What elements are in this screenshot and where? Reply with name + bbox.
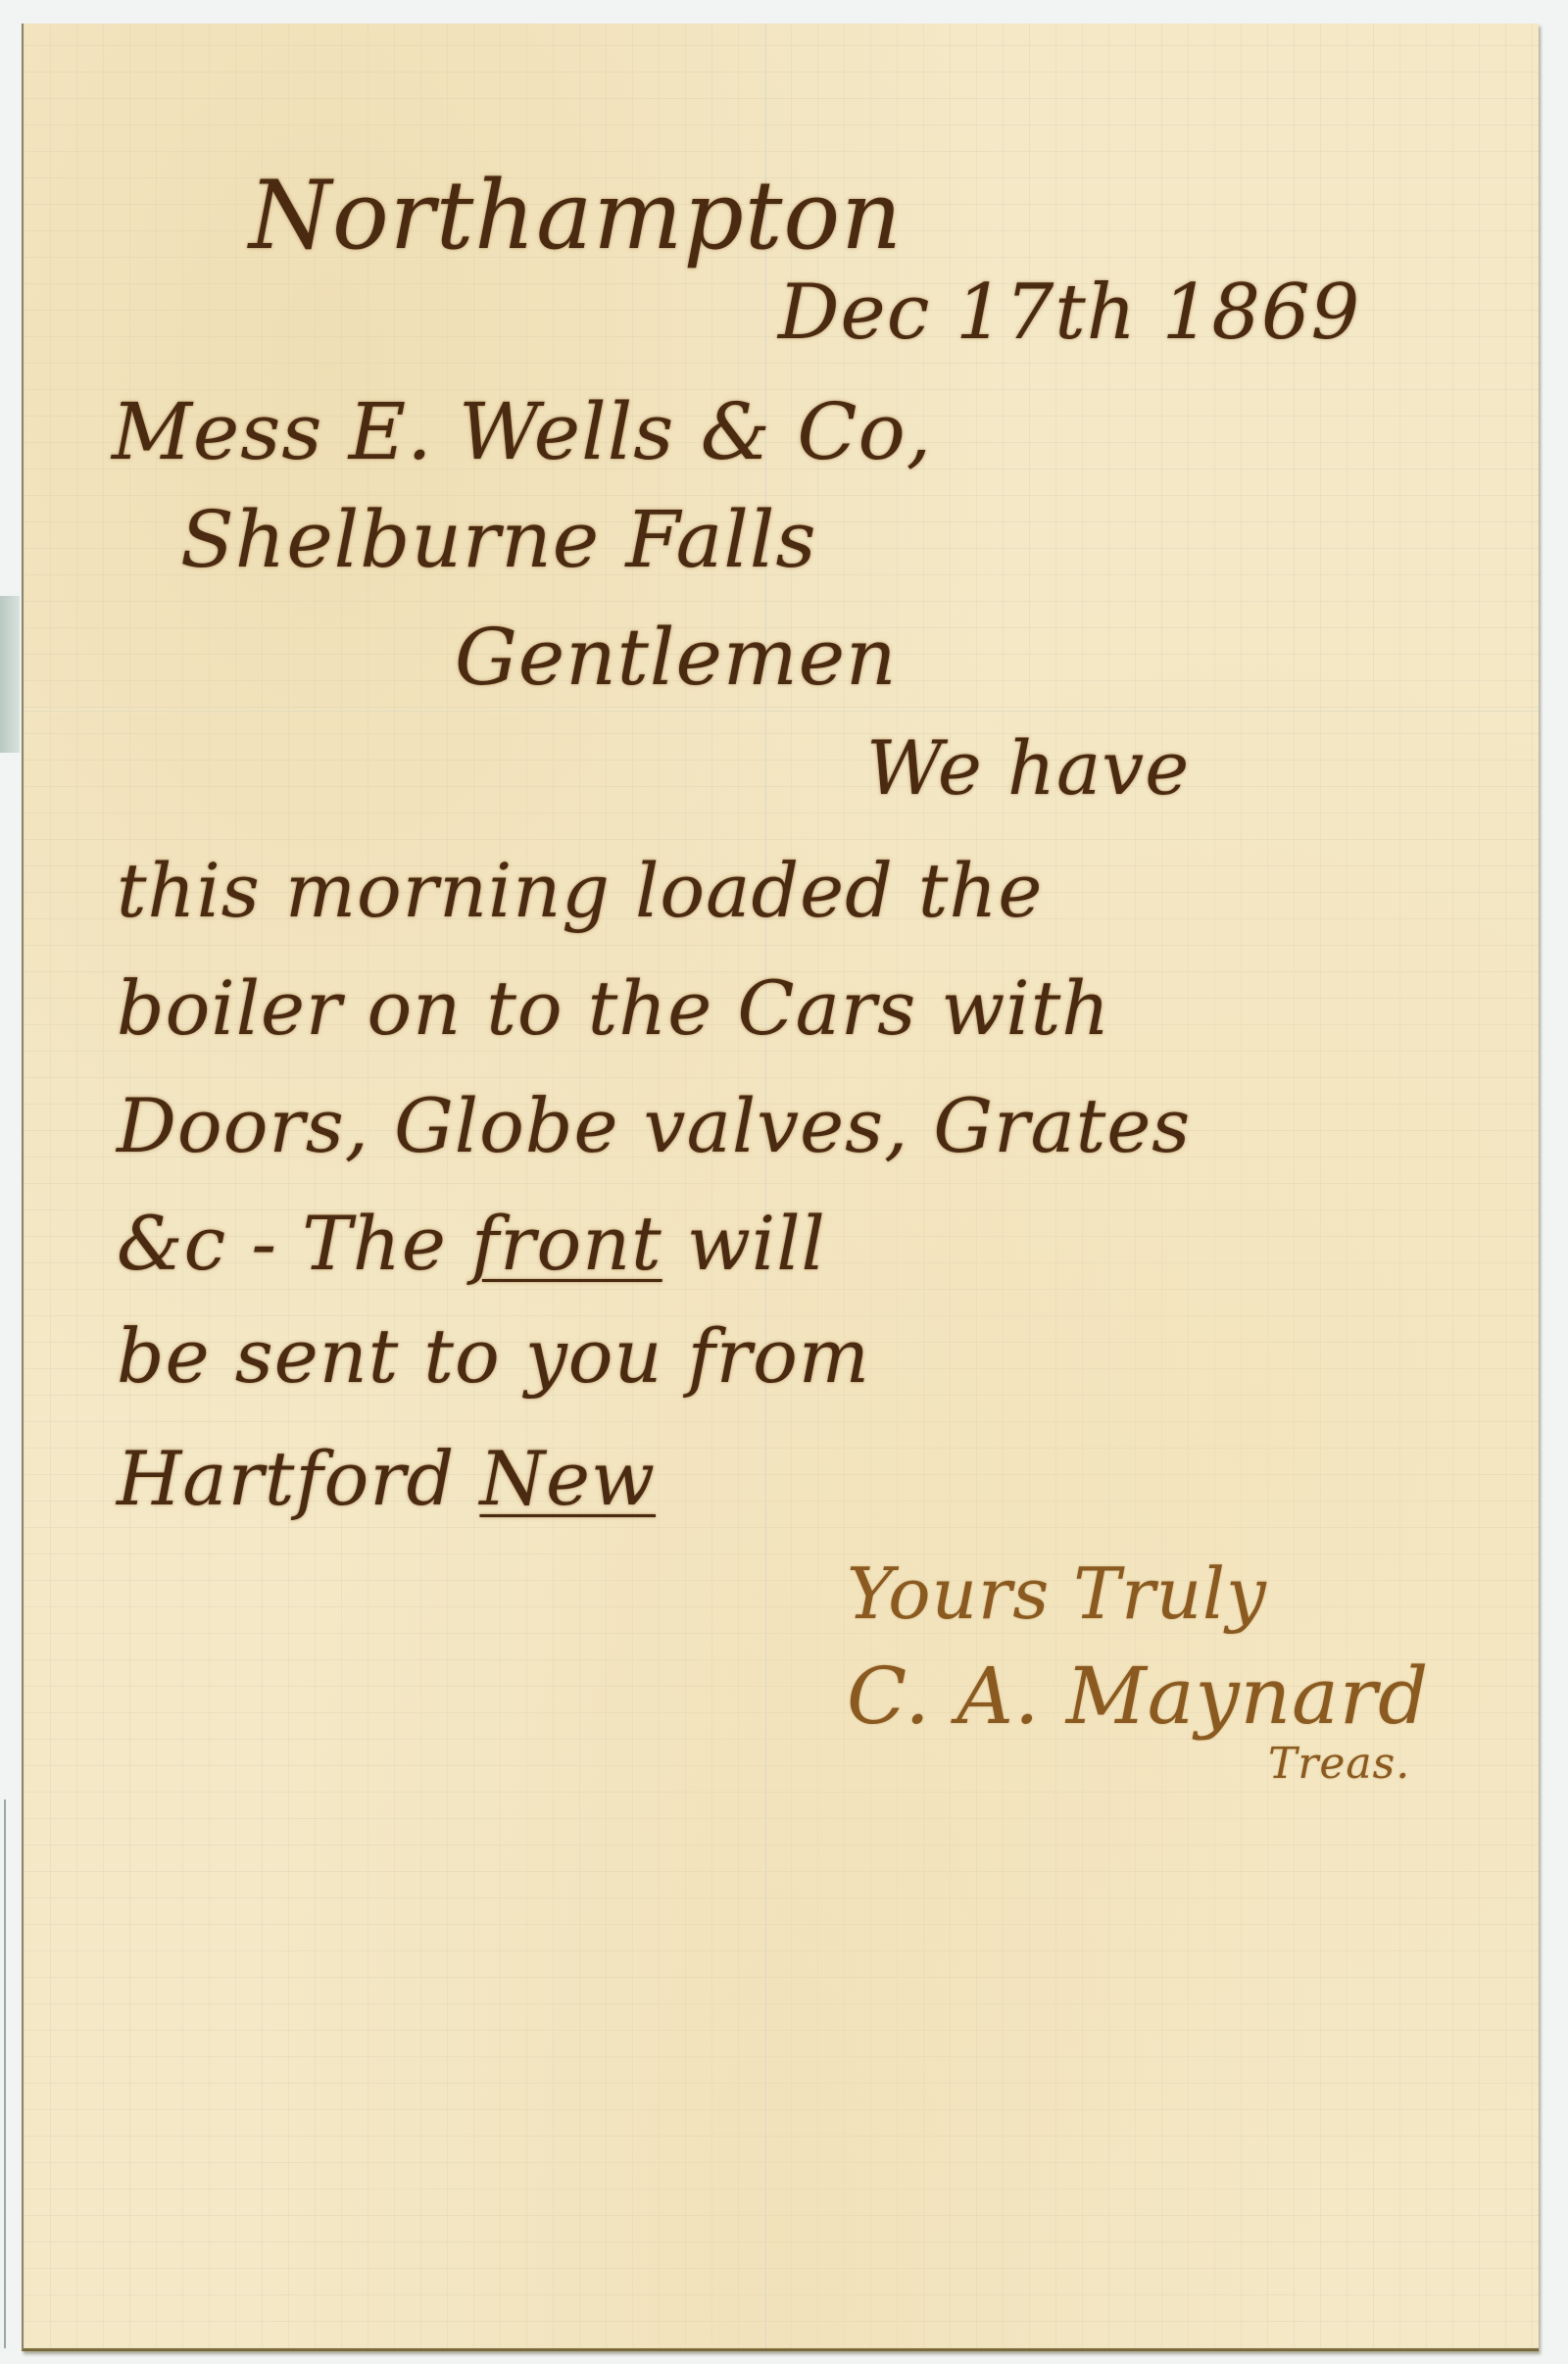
underlined-word: New — [479, 1435, 656, 1522]
addressee-location: Shelburne Falls — [180, 494, 817, 585]
horizontal-fold-crease — [24, 710, 1539, 713]
body-line-4: Doors, Globe valves, Grates — [117, 1082, 1191, 1169]
underlined-word: front — [471, 1200, 662, 1287]
greeting-line: Gentlemen — [455, 612, 898, 703]
letter-page: Northampton Dec 17th 1869 Mess E. Wells … — [22, 24, 1539, 2351]
valediction: Yours Truly — [847, 1552, 1267, 1635]
addressee-line: Mess E. Wells & Co, — [112, 386, 932, 477]
body-line-6: be sent to you from — [117, 1312, 870, 1400]
vertical-fold-crease — [764, 24, 767, 2348]
scanner-edge-line — [4, 1799, 6, 2348]
body-line-2: this morning loaded the — [117, 847, 1043, 934]
body-line-7: Hartford New — [117, 1435, 656, 1522]
signer-title: Treas. — [1268, 1739, 1410, 1789]
body-line-5: &c - The front will — [117, 1200, 826, 1287]
body-line-1: We have — [866, 724, 1190, 812]
date-heading: Dec 17th 1869 — [778, 269, 1360, 357]
scanner-tab — [0, 596, 20, 753]
body-line-5-text: &c - The front will — [117, 1200, 826, 1287]
body-line-3: boiler on to the Cars with — [117, 964, 1110, 1052]
signature: C. A. Maynard — [847, 1650, 1429, 1742]
place-heading: Northampton — [249, 161, 903, 271]
